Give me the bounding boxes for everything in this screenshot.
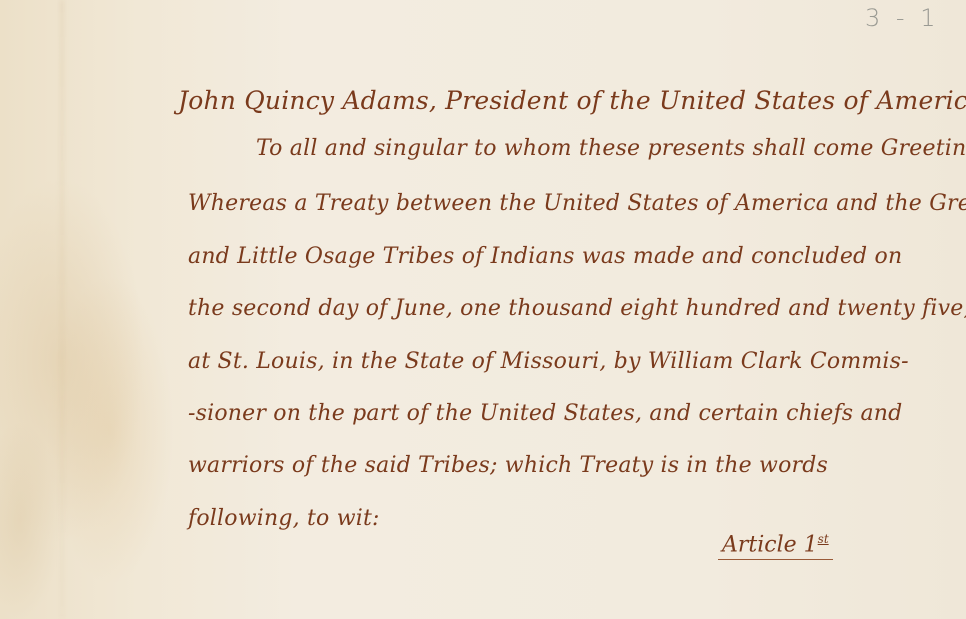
manuscript-line: -sioner on the part of the United States… <box>188 399 902 429</box>
proclamation-heading: John Quincy Adams, President of the Unit… <box>178 86 966 116</box>
manuscript-line: following, to wit: <box>188 504 380 534</box>
manuscript-line: Whereas a Treaty between the United Stat… <box>188 189 966 219</box>
pencil-reference-number: 3 - 1 <box>865 4 939 32</box>
article-label: Article 1 <box>722 532 818 557</box>
manuscript-line: at St. Louis, in the State of Missouri, … <box>188 347 909 377</box>
water-stain <box>60 0 64 619</box>
article-heading: Article 1st <box>718 532 833 560</box>
article-ordinal-suffix: st <box>818 532 829 546</box>
manuscript-line: the second day of June, one thousand eig… <box>188 294 966 324</box>
manuscript-line: warriors of the said Tribes; which Treat… <box>188 451 828 481</box>
manuscript-line: and Little Osage Tribes of Indians was m… <box>188 242 902 272</box>
manuscript-line: To all and singular to whom these presen… <box>256 134 966 164</box>
